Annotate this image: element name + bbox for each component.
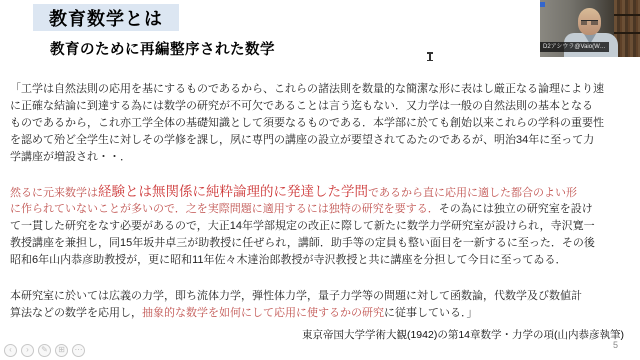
- body-line: を認めて殆ど全学生に対しその学修を課し，夙に専門の講座の設立が要望されてゐたので…: [10, 132, 634, 149]
- text-segment: 「工学は自然法則の応用を基にするものであるから、これらの諸法則を数量的な簡潔な形…: [10, 83, 604, 95]
- body-line: 然るに元来数学は経験とは無関係に純粋論理的に発達した学問であるから直に応用に適し…: [10, 184, 634, 201]
- body-line: 教授講座を兼担し，同15年坂井卓三が助教授に任ぜられ，講師．助手等の定員も整い面…: [10, 235, 634, 252]
- previous-slide-icon[interactable]: ‹: [4, 344, 17, 357]
- text-segment: を認めて殆ど全学生に対しその学修を課し，夙に専門の講座の設立が要望されてゐたので…: [10, 134, 594, 146]
- bookshelf-shelf: [614, 32, 640, 34]
- body-line: 学講座が増設され・・．: [10, 149, 634, 166]
- slide-title-box: 教育数学とは: [33, 4, 179, 31]
- text-segment: に作られていないことが多いので．之を実際問題に適用するには独特の研究を要する．: [10, 203, 439, 215]
- text-segment: に正確な結論に到達する為には数学の研究が不可欠であることは言う迄もない．又力学は…: [10, 100, 593, 112]
- body-line: に正確な結論に到達する為には数学の研究が不可欠であることは言う迄もない．又力学は…: [10, 98, 634, 115]
- text-segment: 学講座が増設され・・．: [10, 151, 131, 163]
- page-title: 教育数学とは: [49, 5, 163, 31]
- page-number: 5: [613, 340, 618, 350]
- text-segment: 然るに元来数学は: [10, 187, 98, 199]
- text-segment: 教授講座を兼担し，同15年坂井卓三が助教授に任ぜられ，講師．助手等の定員も整い面…: [10, 237, 595, 249]
- pen-tools-icon[interactable]: ✎: [38, 344, 51, 357]
- text-cursor: [429, 52, 431, 61]
- body-line: 昭和6年山内恭彦助教授が，更に昭和11年佐々木達治郎教授が寺沢教授と共に講座を分…: [10, 252, 634, 269]
- participant-name-label: D2アシウラ@Vaio(W…: [540, 42, 609, 52]
- text-segment: 昭和6年山内恭彦助教授が，更に昭和11年佐々木達治郎教授が寺沢教授と共に講座を分…: [10, 254, 567, 266]
- paragraph: 本研究室に於いては広義の力学，即ち流体力学，弾性体力学，量子力学等の問題に対して…: [10, 288, 634, 322]
- see-all-slides-icon[interactable]: ⊞: [55, 344, 68, 357]
- body-line: ものであるから，これ亦工学全体の基礎知識として須要なるものである．本学部に於ても…: [10, 115, 634, 132]
- body-line: て一貫した研究をなす必要があるので，大正14年学部規定の改正に際して新たに数学力…: [10, 218, 634, 235]
- body-line: 「工学は自然法則の応用を基にするものであるから、これらの諸法則を数量的な簡潔な形…: [10, 81, 634, 98]
- text-segment: ものであるから，これ亦工学全体の基礎知識として須要なるものである．本学部に於ても…: [10, 117, 604, 129]
- paragraph: 然るに元来数学は経験とは無関係に純粋論理的に発達した学問であるから直に応用に適し…: [10, 184, 634, 268]
- citation-text: 東京帝国大学学術大観(1942)の第14章数学・力学の項(山内恭彦執筆): [302, 327, 624, 342]
- text-segment: 経験とは無関係に純粋論理的に発達した学問: [98, 184, 368, 199]
- slide-subtitle: 教育のために再編整序された数学: [50, 38, 275, 59]
- body-line: 算法などの数学を応用し，抽象的な数学を如何にして応用に使するかの研究に従事してい…: [10, 305, 634, 322]
- next-slide-icon[interactable]: ›: [21, 344, 34, 357]
- bookshelf-shelf: [614, 14, 640, 16]
- text-segment: て一貫した研究をなす必要があるので，大正14年学部規定の改正に際して新たに数学力…: [10, 220, 595, 232]
- text-segment: その為には独立の研究室を設け: [439, 203, 593, 215]
- webcam-thumbnail[interactable]: D2アシウラ@Vaio(W…: [540, 0, 640, 57]
- glasses-icon: [581, 20, 598, 25]
- window-corner-accent: [540, 2, 545, 7]
- text-segment: に従事している．」: [384, 307, 478, 319]
- presentation-slide: 教育数学とは 教育のために再編整序された数学 「工学は自然法則の応用を基にするも…: [0, 0, 640, 360]
- body-line: 本研究室に於いては広義の力学，即ち流体力学，弾性体力学，量子力学等の問題に対して…: [10, 288, 634, 305]
- paragraph: 「工学は自然法則の応用を基にするものであるから、これらの諸法則を数量的な簡潔な形…: [10, 81, 634, 165]
- presenter-toolbar: ‹›✎⊞⋯: [4, 344, 85, 357]
- slide-body-text: 「工学は自然法則の応用を基にするものであるから、これらの諸法則を数量的な簡潔な形…: [10, 81, 634, 322]
- text-segment: 算法などの数学を応用し，: [10, 307, 142, 319]
- text-segment: であるから直に応用に適した都合のよい形: [368, 187, 577, 199]
- text-segment: 抽象的な数学を如何にして応用に使するかの研究: [142, 307, 384, 319]
- more-options-icon[interactable]: ⋯: [72, 344, 85, 357]
- text-segment: 本研究室に於いては広義の力学，即ち流体力学，弾性体力学，量子力学等の問題に対して…: [10, 290, 582, 302]
- body-line: に作られていないことが多いので．之を実際問題に適用するには独特の研究を要する．そ…: [10, 201, 634, 218]
